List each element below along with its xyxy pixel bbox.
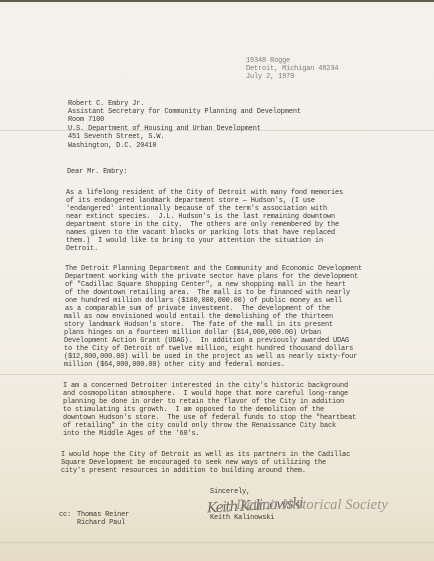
- body-line: and cosmopolitan atmosphere. I would hop…: [63, 390, 348, 398]
- body-line: city's present resources in addition to …: [61, 467, 306, 475]
- body-line: of "Cadillac Square Shopping Center", a …: [65, 281, 346, 289]
- salutation: Dear Mr. Embry:: [67, 168, 127, 176]
- cc-recipient: Richard Paul: [77, 519, 125, 527]
- body-line: Department working with the private sect…: [65, 273, 358, 281]
- body-line: of its endangered landmark department st…: [66, 197, 315, 205]
- body-line: ($12,800,000.00) will be used in the pro…: [64, 353, 357, 361]
- body-line: to stimulating its growth. I am opposed …: [63, 406, 324, 414]
- body-line: story landmark Hudson's store. The fate …: [64, 321, 333, 329]
- body-line: Development Action Grant (UDAG). In addi…: [64, 337, 349, 345]
- recipient-line: Room 7100: [68, 116, 104, 124]
- closing: Sincerely,: [210, 488, 250, 496]
- body-line: 'endangered' intentionally because of th…: [66, 205, 327, 213]
- recipient-line: 451 Seventh Street, S.W.: [68, 133, 164, 141]
- body-line: plans hinges on a fourteen million dolla…: [64, 329, 321, 337]
- body-line: to the City of Detroit of twelve million…: [64, 345, 353, 353]
- body-line: Detroit.: [66, 245, 98, 253]
- body-line: names given to the vacant blocks or park…: [66, 229, 335, 237]
- body-line: Square Development be encouraged to seek…: [61, 459, 326, 467]
- body-line: as a comparable sum of private investmen…: [65, 305, 330, 313]
- cc-label: cc:: [59, 511, 71, 519]
- body-line: of the downtown retailing area. The mall…: [65, 289, 350, 297]
- body-line: near extinct species. J.L. Hudson's is t…: [66, 213, 335, 221]
- body-line: department store in the city. The others…: [66, 221, 339, 229]
- paper-crease: [0, 542, 434, 543]
- body-line: million ($64,000,000.00) other city and …: [64, 361, 285, 369]
- paper-crease: [0, 374, 434, 375]
- recipient-line: Washington, D.C. 20410: [68, 142, 156, 150]
- body-line: mall as now envisioned would entail the …: [64, 313, 333, 321]
- recipient-line: U.S. Department of Housing and Urban Dev…: [68, 125, 261, 133]
- body-line: downtown Hudson's store. The use of fede…: [63, 414, 356, 422]
- sender-city: Detroit, Michigan 48234: [246, 65, 338, 73]
- watermark: Detroit Historical Society: [236, 497, 388, 514]
- body-line: of retailing" in the city could only thr…: [63, 422, 336, 430]
- letter-date: July 2, 1979: [246, 73, 294, 81]
- recipient-line: Robert C. Embry Jr.: [68, 100, 144, 108]
- body-line: into the Middle Ages of the '60's.: [63, 430, 200, 438]
- body-line: them.) I would like to bring to your att…: [66, 237, 323, 245]
- letter-page: 19348 Rogge Detroit, Michigan 48234 July…: [0, 0, 434, 561]
- cc-recipient: Thomas Reiner: [77, 511, 129, 519]
- body-line: planning be done in order to retain the …: [63, 398, 344, 406]
- body-line: one hundred million dollars ($100,000,00…: [65, 297, 342, 305]
- body-line: The Detroit Planning Department and the …: [65, 265, 362, 273]
- body-line: I would hope the City of Detroit as well…: [61, 451, 350, 459]
- body-line: As a lifelong resident of the City of De…: [66, 189, 343, 197]
- recipient-line: Assistant Secretary for Community Planni…: [68, 108, 301, 116]
- sender-street: 19348 Rogge: [246, 57, 290, 65]
- body-line: I am a concerned Detroiter interested in…: [63, 382, 348, 390]
- signer-name: Keith Kalinowski: [210, 514, 274, 522]
